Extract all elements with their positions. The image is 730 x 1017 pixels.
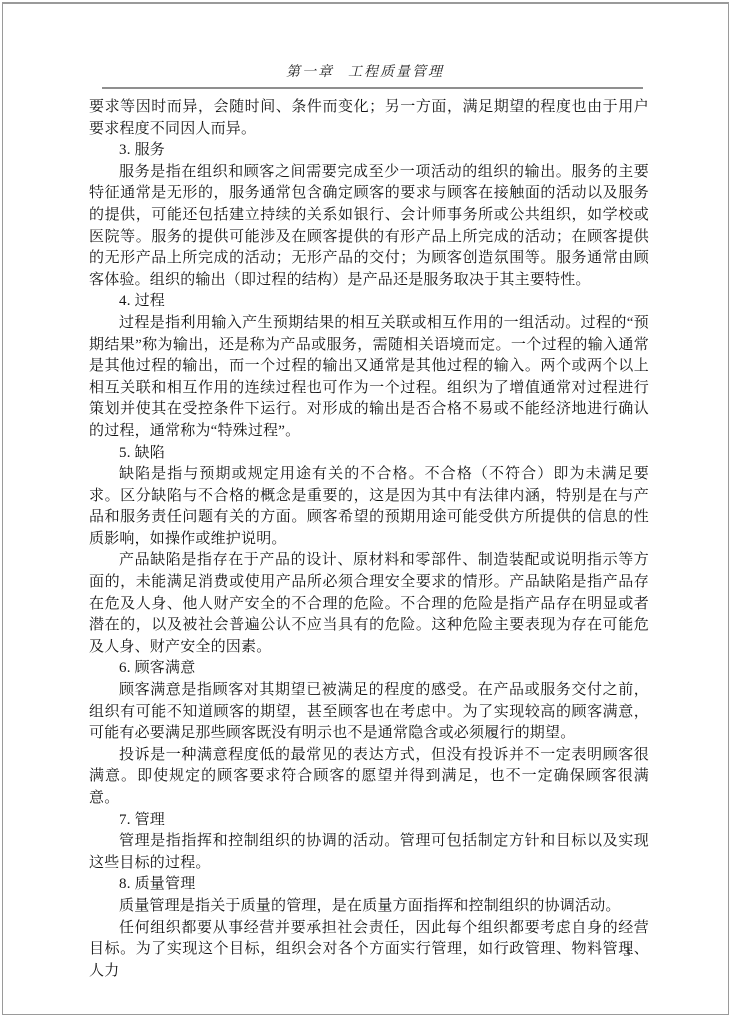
body-paragraph: 任何组织都要从事经营并要承担社会责任，因此每个组织都要考虑自身的经营目标。为了实… [89,918,649,983]
body-paragraph: 投诉是一种满意程度低的最常见的表达方式，但没有投诉并不一定表明顾客很满意。即使规… [89,745,649,810]
chapter-title: 工程质量管理 [348,65,444,80]
body-paragraph: 管理是指指挥和控制组织的协调的活动。管理可包括制定方针和目标以及实现这些目标的过… [89,831,649,874]
body-paragraph: 产品缺陷是指存在于产品的设计、原材料和零部件、制造装配或说明指示等方面的，未能满… [89,550,649,658]
body-paragraph: 缺陷是指与预期或规定用途有关的不合格。不合格（不符合）即为未满足要求。区分缺陷与… [89,464,649,550]
section-heading: 5. 缺陷 [89,443,649,465]
header-rule [102,87,643,89]
body-text: 要求等因时而异，会随时间、条件而变化；另一方面，满足期望的程度也由于用户要求程度… [89,97,649,982]
document-page: 第一章工程质量管理 要求等因时而异，会随时间、条件而变化；另一方面，满足期望的程… [0,0,730,1017]
section-heading: 7. 管理 [89,810,649,832]
section-heading: 6. 顾客满意 [89,658,649,680]
section-heading: 8. 质量管理 [89,874,649,896]
section-heading: 4. 过程 [89,291,649,313]
running-header: 第一章工程质量管理 [0,61,730,81]
body-paragraph: 要求等因时而异，会随时间、条件而变化；另一方面，满足期望的程度也由于用户要求程度… [89,97,649,140]
body-paragraph: 服务是指在组织和顾客之间需要完成至少一项活动的组织的输出。服务的主要特征通常是无… [89,162,649,292]
body-paragraph: 过程是指利用输入产生预期结果的相互关联或相互作用的一组活动。过程的“预期结果”称… [89,313,649,443]
page-number: 3 [610,945,644,961]
section-heading: 3. 服务 [89,140,649,162]
chapter-number: 第一章 [286,65,334,80]
body-paragraph: 质量管理是指关于质量的管理，是在质量方面指挥和控制组织的协调活动。 [89,896,649,918]
body-paragraph: 顾客满意是指顾客对其期望已被满足的程度的感受。在产品或服务交付之前，组织有可能不… [89,680,649,745]
